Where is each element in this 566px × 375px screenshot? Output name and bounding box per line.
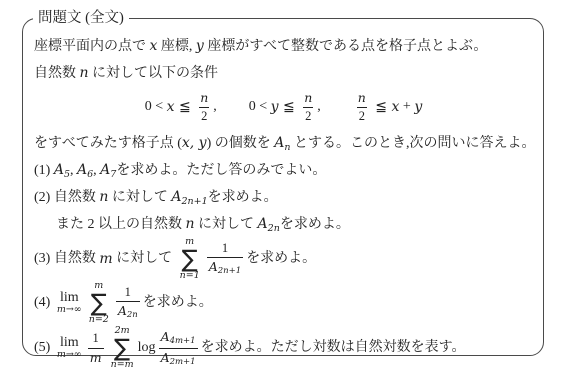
- fraction-1-over-A2n: 1A2n: [116, 286, 140, 320]
- question-2: (2) 自然数 n に対して A2n+1を求めよ。: [34, 184, 533, 211]
- question-3: (3) 自然数 m に対して m∑n=1 1A2n+1 を求めよ。: [34, 239, 533, 279]
- q3-tail: を求めよ。: [246, 247, 316, 271]
- q2b-tail: を求めよ。: [280, 217, 350, 232]
- summation-operator: m∑n=1: [180, 237, 200, 282]
- statement-line: をすべてみたす格子点 (x, y) の個数を An とする。このとき,次の問いに…: [34, 130, 533, 157]
- sum-lower-limit: n=1: [180, 271, 200, 281]
- fraction-denominator: A2m+1: [159, 348, 198, 367]
- leq-symbol: ≦: [279, 99, 300, 115]
- intro-line2-text-a: 自然数: [34, 66, 80, 81]
- var-n: n: [99, 189, 108, 205]
- plus-symbol: +: [399, 99, 414, 115]
- fraction-numerator: n: [302, 91, 314, 106]
- sum-lower-limit: n=m: [111, 360, 134, 370]
- problem-box-title: 問題文 (全文): [33, 7, 129, 29]
- summation-operator: m∑n=2: [89, 281, 109, 326]
- q2-text-a: 自然数: [54, 190, 100, 205]
- fraction-denominator: 2: [199, 107, 209, 123]
- q5-tail: を求めよ。ただし対数は自然対数を表す。: [201, 336, 466, 360]
- q2-tail: を求めよ。: [208, 190, 278, 205]
- condition-2: 0 < y ≦ n2,: [249, 91, 321, 122]
- fraction-denominator: A2n+1: [207, 257, 243, 276]
- var-m: m: [99, 247, 112, 271]
- fraction-numerator: n: [198, 91, 210, 106]
- intro-line-1: 座標平面内の点で x 座標, y 座標がすべて整数である点を格子点とよぶ。: [34, 33, 533, 60]
- q5-label: (5): [34, 336, 54, 360]
- fraction-n-over-2: n2: [356, 91, 368, 122]
- fraction-A4m1-over-A2m1: A4m+1A2m+1: [159, 330, 198, 366]
- problem-box: 問題文 (全文) 座標平面内の点で x 座標, y 座標がすべて整数である点を格…: [22, 18, 544, 356]
- fraction-denominator: 2: [303, 107, 313, 123]
- leq-symbol: ≦: [175, 99, 196, 115]
- intro-line1-text-a: 座標平面内の点で: [34, 39, 150, 54]
- q1-tail: を求めよ。ただし答のみでよい。: [116, 163, 326, 178]
- var-x: x: [167, 99, 175, 115]
- question-1: (1) A5, A6, A7を求めよ。ただし答のみでよい。: [34, 157, 533, 184]
- fraction-numerator: n: [356, 91, 368, 106]
- fraction-numerator: 1: [220, 242, 230, 257]
- var-A-2n: A2n: [258, 216, 280, 232]
- fraction-numerator: A4m+1: [159, 330, 198, 348]
- lim-word: lim: [60, 290, 79, 305]
- intro-line-2: 自然数 n に対して以下の条件: [34, 60, 533, 87]
- limit-operator: limm→∞: [57, 290, 82, 316]
- var-n: n: [80, 65, 89, 81]
- intro-line1-text-b: 座標,: [157, 39, 196, 54]
- lim-subscript: m→∞: [57, 350, 82, 360]
- var-y: y: [271, 99, 279, 115]
- fraction-1-over-m: 1m: [88, 332, 104, 363]
- condition-1: 0 < x ≦ n2,: [145, 91, 217, 122]
- conditions-display: 0 < x ≦ n2, 0 < y ≦ n2, n2 ≦ x + y: [34, 88, 533, 126]
- fraction-denominator: m: [88, 348, 104, 364]
- var-x: x: [392, 99, 400, 115]
- summation-operator: 2m∑n=m: [111, 326, 134, 371]
- fraction-numerator: 1: [91, 332, 101, 347]
- fraction-denominator: A2n: [116, 301, 140, 320]
- question-5: (5) limm→∞ 1m 2m∑n=m log A4m+1A2m+1 を求めよ…: [34, 327, 533, 369]
- var-A5: A5: [54, 162, 70, 178]
- sum-lower-limit: n=2: [89, 315, 109, 325]
- q2b-text-a: また 2 以上の自然数: [56, 217, 186, 232]
- sigma-symbol: ∑: [114, 336, 130, 360]
- condition2-lhs: 0 <: [249, 99, 271, 115]
- q4-label: (4): [34, 291, 54, 315]
- q3-text-b: に対して: [113, 247, 176, 271]
- q2-text-b: に対して: [108, 190, 171, 205]
- fraction-denominator: 2: [357, 107, 367, 123]
- statement-text-b: ) の個数を: [207, 136, 275, 151]
- q3-text-a: 自然数: [54, 247, 100, 271]
- q1-label: (1): [34, 163, 54, 178]
- question-4: (4) limm→∞ m∑n=2 1A2n を求めよ。: [34, 281, 533, 325]
- var-A-n: An: [274, 135, 290, 151]
- statement-text-a: をすべてみたす格子点 (: [34, 136, 182, 151]
- sigma-symbol: ∑: [91, 291, 107, 315]
- var-y: y: [414, 99, 422, 115]
- var-y: y: [196, 38, 204, 54]
- q2b-text-b: に対して: [195, 217, 258, 232]
- var-A6: A6: [77, 162, 93, 178]
- intro-line1-text-c: 座標がすべて整数である点を格子点とよぶ。: [204, 39, 488, 54]
- var-A7: A7: [100, 162, 116, 178]
- limit-operator: limm→∞: [57, 335, 82, 361]
- log-word: log: [138, 336, 156, 360]
- separator: ,: [70, 163, 77, 178]
- statement-text-c: とする。このとき,次の問いに答えよ。: [291, 136, 536, 151]
- intro-line2-text-b: に対して以下の条件: [89, 66, 219, 81]
- fraction-n-over-2: n2: [198, 91, 210, 122]
- comma: ,: [213, 99, 217, 115]
- vars-x-y: x, y: [182, 135, 207, 151]
- question-2-continued: また 2 以上の自然数 n に対して A2nを求めよ。: [34, 211, 533, 238]
- var-A-2n1: A2n+1: [171, 189, 207, 205]
- condition-3: n2 ≦ x + y: [353, 91, 422, 122]
- lim-word: lim: [60, 335, 79, 350]
- lim-subscript: m→∞: [57, 305, 82, 315]
- q4-tail: を求めよ。: [143, 291, 213, 315]
- condition1-lhs: 0 <: [145, 99, 167, 115]
- q2-label: (2): [34, 190, 54, 205]
- leq-symbol: ≦: [371, 99, 392, 115]
- sigma-symbol: ∑: [182, 247, 198, 271]
- var-n: n: [186, 216, 195, 232]
- fraction-numerator: 1: [123, 286, 133, 301]
- fraction-n-over-2: n2: [302, 91, 314, 122]
- comma: ,: [317, 99, 321, 115]
- q3-label: (3): [34, 247, 54, 271]
- fraction-1-over-A2n1: 1A2n+1: [207, 242, 243, 276]
